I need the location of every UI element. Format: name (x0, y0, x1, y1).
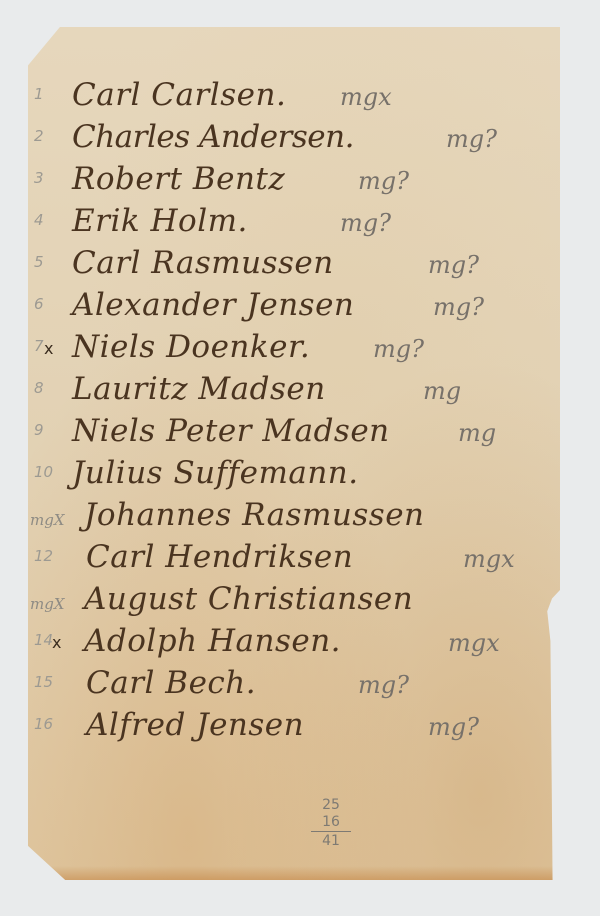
entry-name: Alexander Jensen (72, 287, 354, 323)
line-number: 4 (34, 211, 44, 229)
list-item: 8 Lauritz Madsen mg (28, 371, 560, 413)
line-number: 3 (34, 169, 44, 187)
entry-name: Alfred Jensen (86, 707, 304, 743)
entry-note: mgx (448, 629, 500, 657)
list-item: 3 Robert Bentz mg? (28, 161, 560, 203)
entry-note: mg? (446, 125, 497, 153)
x-mark: x (44, 339, 53, 358)
entry-note: mgx (340, 83, 392, 111)
tally-total: 41 (311, 831, 351, 850)
entry-name: August Christiansen (84, 581, 413, 617)
list-item: 12 Carl Hendriksen mgx (28, 539, 560, 581)
entry-name: Robert Bentz (72, 161, 285, 197)
list-item: 1 Carl Carlsen. mgx (28, 77, 560, 119)
entry-note: mg? (428, 713, 479, 741)
line-number: 8 (34, 379, 44, 397)
line-number: 15 (34, 673, 53, 691)
entry-note: mg (423, 377, 461, 405)
list-item: 16 Alfred Jensen mg? (28, 707, 560, 749)
entry-name: Lauritz Madsen (72, 371, 326, 407)
entry-name: Niels Doenker. (72, 329, 310, 365)
list-item: 5 Carl Rasmussen mg? (28, 245, 560, 287)
line-number: 12 (34, 547, 53, 565)
entry-name: Erik Holm. (72, 203, 248, 239)
line-number: 9 (34, 421, 44, 439)
entry-name: Carl Hendriksen (86, 539, 353, 575)
entry-note: mg? (340, 209, 391, 237)
list-item: mgX August Christiansen (28, 581, 560, 623)
margin-note: mgX (30, 511, 65, 529)
line-number: 10 (34, 463, 53, 481)
line-number: 16 (34, 715, 53, 733)
entry-note: mg? (358, 671, 409, 699)
list-item: 6 Alexander Jensen mg? (28, 287, 560, 329)
entry-name: Johannes Rasmussen (84, 497, 425, 533)
entry-note: mg (458, 419, 496, 447)
line-number: 7 (34, 337, 44, 355)
entry-note: mg? (428, 251, 479, 279)
list-item: 7 x Niels Doenker. mg? (28, 329, 560, 371)
list-item: mgX Johannes Rasmussen (28, 497, 560, 539)
entry-name: Adolph Hansen. (84, 623, 341, 659)
line-number: 14 (34, 631, 53, 649)
paper-sheet: 1 Carl Carlsen. mgx 2 Charles Andersen. … (28, 27, 560, 880)
entry-note: mg? (433, 293, 484, 321)
list-item: 10 Julius Suffemann. (28, 455, 560, 497)
list-item: 15 Carl Bech. mg? (28, 665, 560, 707)
entry-name: Julius Suffemann. (72, 455, 359, 491)
entry-name: Charles Andersen. (72, 119, 354, 155)
tally-b: 16 (311, 814, 351, 831)
entry-name: Carl Carlsen. (72, 77, 286, 113)
list-item: 2 Charles Andersen. mg? (28, 119, 560, 161)
entry-note: mgx (463, 545, 515, 573)
line-number: 6 (34, 295, 44, 313)
list-item: 9 Niels Peter Madsen mg (28, 413, 560, 455)
entry-note: mg? (358, 167, 409, 195)
line-number: 2 (34, 127, 44, 145)
entry-name: Niels Peter Madsen (72, 413, 390, 449)
margin-note: mgX (30, 595, 65, 613)
entry-name: Carl Bech. (86, 665, 256, 701)
list-item: 14 x Adolph Hansen. mgx (28, 623, 560, 665)
x-mark: x (52, 633, 61, 652)
pencil-tally: 25 16 41 (311, 797, 351, 850)
list-item: 4 Erik Holm. mg? (28, 203, 560, 245)
entry-name: Carl Rasmussen (72, 245, 334, 281)
line-number: 5 (34, 253, 44, 271)
entry-note: mg? (373, 335, 424, 363)
tally-a: 25 (311, 797, 351, 814)
line-number: 1 (34, 85, 44, 103)
